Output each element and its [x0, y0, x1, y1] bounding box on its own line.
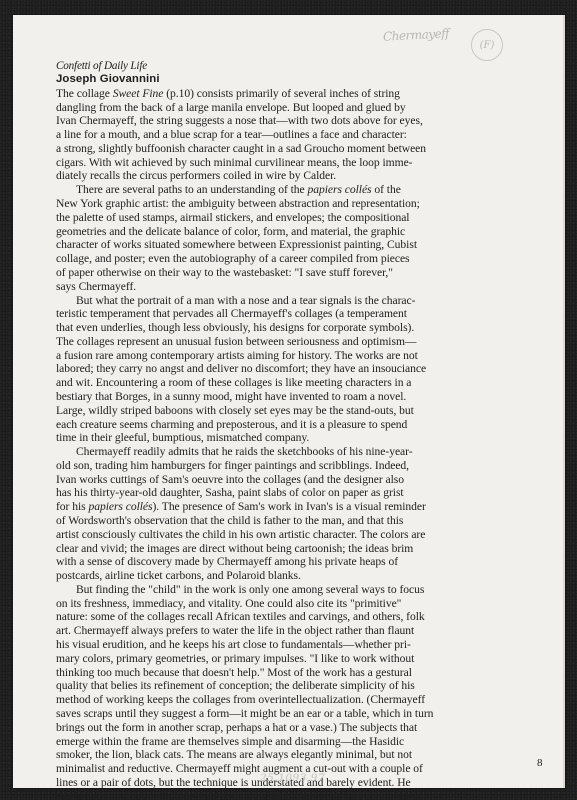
text-line: clear and vivid; the images are direct w…	[56, 542, 526, 556]
text-line: But finding the "child" in the work is o…	[56, 583, 526, 597]
paragraph: The collage Sweet Fine (p.10) consists p…	[56, 87, 526, 183]
text-line: artist consciously cultivates the child …	[56, 528, 526, 542]
text-run: Ivan Chermayeff, the string suggests a n…	[56, 114, 423, 127]
document-page: Chermayeff (F) Confetti of Daily Life Jo…	[13, 15, 565, 788]
text-run: But finding the "child" in the work is o…	[76, 583, 424, 596]
text-run: and wit. Encountering a room of these co…	[56, 376, 411, 389]
text-run: The collages represent an unusual fusion…	[56, 335, 416, 348]
italic-title: papiers collés	[308, 183, 372, 196]
text-run: minimalist and reductive. Chermayeff mig…	[56, 762, 423, 775]
text-line: smoker, the lion, black cats. The means …	[56, 748, 526, 762]
text-run: mary colors, primary geometries, or prim…	[56, 652, 414, 665]
text-run: ). The presence of Sam's work in Ivan's …	[152, 500, 425, 513]
text-line: dangling from the back of a large manila…	[56, 101, 526, 115]
text-run: of the	[372, 183, 401, 196]
text-run: a strong, slightly buffoonish character …	[56, 142, 426, 155]
text-run: quality that belies its refinement of co…	[56, 679, 415, 692]
text-run: method of working keeps the collages fro…	[56, 693, 425, 706]
text-line: of paper otherwise on their way to the w…	[56, 266, 526, 280]
text-run: art. Chermayeff always prefers to water …	[56, 624, 414, 637]
text-run: (p.10) consists primarily of several inc…	[163, 87, 400, 100]
text-line: of Wordsworth's observation that the chi…	[56, 514, 526, 528]
text-run: of Wordsworth's observation that the chi…	[56, 514, 403, 527]
text-run: time in their gleeful, bumptious, mismat…	[56, 431, 309, 444]
text-line: Chermayeff readily admits that he raids …	[56, 445, 526, 459]
text-run: labored; they carry no angst and deliver…	[56, 362, 426, 375]
text-run: a fusion rare among contemporary artists…	[56, 349, 418, 362]
text-run: Ivan works cuttings of Sam's oeuvre into…	[56, 473, 404, 486]
page-number: 8	[537, 757, 543, 769]
text-line: geometries and the delicate balance of c…	[56, 225, 526, 239]
text-run: might juxtapose several shades and textu…	[56, 790, 426, 800]
text-run: each creature seems charming and prepost…	[56, 418, 407, 431]
text-run: clear and vivid; the images are direct w…	[56, 542, 413, 555]
handwritten-name-annotation: Chermayeff	[383, 26, 450, 43]
italic-title: Sweet Fine	[113, 87, 164, 100]
text-line: saves scraps until they suggest a form—i…	[56, 707, 526, 721]
text-line: But what the portrait of a man with a no…	[56, 294, 526, 308]
text-run: says Chermayeff.	[56, 280, 136, 293]
text-run: nature: some of the collages recall Afri…	[56, 610, 425, 623]
text-line: with a sense of discovery made by Cherma…	[56, 555, 526, 569]
text-run: artist consciously cultivates the child …	[56, 528, 425, 541]
text-run: lines or a pair of dots, but the techniq…	[56, 776, 411, 789]
text-line: on its freshness, immediacy, and vitalit…	[56, 597, 526, 611]
text-line: quality that belies its refinement of co…	[56, 679, 526, 693]
text-line: that even underlies, though less obvious…	[56, 321, 526, 335]
text-run: a line for a mouth, and a blue scrap for…	[56, 128, 407, 141]
text-run: Chermayeff readily admits that he raids …	[76, 445, 413, 458]
text-line: a line for a mouth, and a blue scrap for…	[56, 128, 526, 142]
text-line: and wit. Encountering a room of these co…	[56, 376, 526, 390]
article-body: Confetti of Daily Life Joseph Giovannini…	[56, 59, 526, 800]
text-run: postcards, airline ticket carbons, and P…	[56, 569, 301, 582]
text-line: Large, wildly striped baboons with close…	[56, 404, 526, 418]
article-kicker: Confetti of Daily Life	[56, 59, 526, 73]
text-run: collage, and poster; even the autobiogra…	[56, 252, 410, 265]
text-line: the palette of used stamps, airmail stic…	[56, 211, 526, 225]
text-run: dangling from the back of a large manila…	[56, 101, 406, 114]
text-run: emerge within the frame are themselves s…	[56, 735, 404, 748]
text-line: might juxtapose several shades and textu…	[56, 790, 526, 800]
text-line: teristic temperament that pervades all C…	[56, 307, 526, 321]
text-line: Ivan Chermayeff, the string suggests a n…	[56, 114, 526, 128]
text-line: brings out the form in another scrap, pe…	[56, 721, 526, 735]
text-run: on its freshness, immediacy, and vitalit…	[56, 597, 401, 610]
text-run: bestiary that Borges, in a sunny mood, m…	[56, 390, 406, 403]
text-run: with a sense of discovery made by Cherma…	[56, 555, 398, 568]
text-run: smoker, the lion, black cats. The means …	[56, 748, 412, 761]
text-line: labored; they carry no angst and deliver…	[56, 362, 526, 376]
text-line: bestiary that Borges, in a sunny mood, m…	[56, 390, 526, 404]
text-line: nature: some of the collages recall Afri…	[56, 610, 526, 624]
text-run: brings out the form in another scrap, pe…	[56, 721, 417, 734]
text-run: diately recalls the circus performers co…	[56, 169, 336, 182]
text-run: his visual erudition, and he keeps his a…	[56, 638, 411, 651]
text-line: has his thirty-year-old daughter, Sasha,…	[56, 486, 526, 500]
text-line: says Chermayeff.	[56, 280, 526, 294]
text-line: There are several paths to an understand…	[56, 183, 526, 197]
text-run: But what the portrait of a man with a no…	[76, 294, 415, 307]
text-run: Large, wildly striped baboons with close…	[56, 404, 414, 417]
paragraph: There are several paths to an understand…	[56, 183, 526, 293]
text-line: a fusion rare among contemporary artists…	[56, 349, 526, 363]
text-line: each creature seems charming and prepost…	[56, 418, 526, 432]
text-line: The collages represent an unusual fusion…	[56, 335, 526, 349]
paragraph: But what the portrait of a man with a no…	[56, 294, 526, 446]
text-run: the palette of used stamps, airmail stic…	[56, 211, 409, 224]
text-line: method of working keeps the collages fro…	[56, 693, 526, 707]
text-run: that even underlies, though less obvious…	[56, 321, 414, 334]
text-line: mary colors, primary geometries, or prim…	[56, 652, 526, 666]
text-run: thinking too much because that doesn't h…	[56, 666, 412, 679]
text-line: postcards, airline ticket carbons, and P…	[56, 569, 526, 583]
text-run: New York graphic artist: the ambiguity b…	[56, 197, 420, 210]
text-run: character of works situated somewhere be…	[56, 238, 417, 251]
text-run: The collage	[56, 87, 113, 100]
text-line: art. Chermayeff always prefers to water …	[56, 624, 526, 638]
text-line: time in their gleeful, bumptious, mismat…	[56, 431, 526, 445]
text-run: cigars. With wit achieved by such minima…	[56, 156, 413, 169]
text-line: for his papiers collés). The presence of…	[56, 500, 526, 514]
text-run: There are several paths to an understand…	[76, 183, 308, 196]
paragraph: Chermayeff readily admits that he raids …	[56, 445, 526, 583]
text-run: saves scraps until they suggest a form—i…	[56, 707, 433, 720]
text-line: his visual erudition, and he keeps his a…	[56, 638, 526, 652]
text-run: old son, trading him hamburgers for fing…	[56, 459, 409, 472]
text-run: of paper otherwise on their way to the w…	[56, 266, 393, 279]
text-run: for his	[56, 500, 88, 513]
text-line: collage, and poster; even the autobiogra…	[56, 252, 526, 266]
article-author: Joseph Giovannini	[56, 73, 526, 87]
text-line: diately recalls the circus performers co…	[56, 169, 526, 183]
text-line: The collage Sweet Fine (p.10) consists p…	[56, 87, 526, 101]
article-paragraphs: The collage Sweet Fine (p.10) consists p…	[56, 87, 526, 800]
text-line: New York graphic artist: the ambiguity b…	[56, 197, 526, 211]
circled-mark-annotation: (F)	[471, 29, 503, 61]
paragraph: But finding the "child" in the work is o…	[56, 583, 526, 800]
text-line: cigars. With wit achieved by such minima…	[56, 156, 526, 170]
page-edge	[563, 15, 565, 788]
text-line: thinking too much because that doesn't h…	[56, 666, 526, 680]
text-line: character of works situated somewhere be…	[56, 238, 526, 252]
text-run: geometries and the delicate balance of c…	[56, 225, 405, 238]
text-line: old son, trading him hamburgers for fing…	[56, 459, 526, 473]
text-run: has his thirty-year-old daughter, Sasha,…	[56, 486, 404, 499]
text-line: emerge within the frame are themselves s…	[56, 735, 526, 749]
text-line: Ivan works cuttings of Sam's oeuvre into…	[56, 473, 526, 487]
date-stamp-annotation: 25.1093.97	[260, 772, 325, 784]
text-run: teristic temperament that pervades all C…	[56, 307, 407, 320]
italic-title: papiers collés	[88, 500, 152, 513]
circled-mark-text: (F)	[480, 40, 495, 51]
text-line: a strong, slightly buffoonish character …	[56, 142, 526, 156]
